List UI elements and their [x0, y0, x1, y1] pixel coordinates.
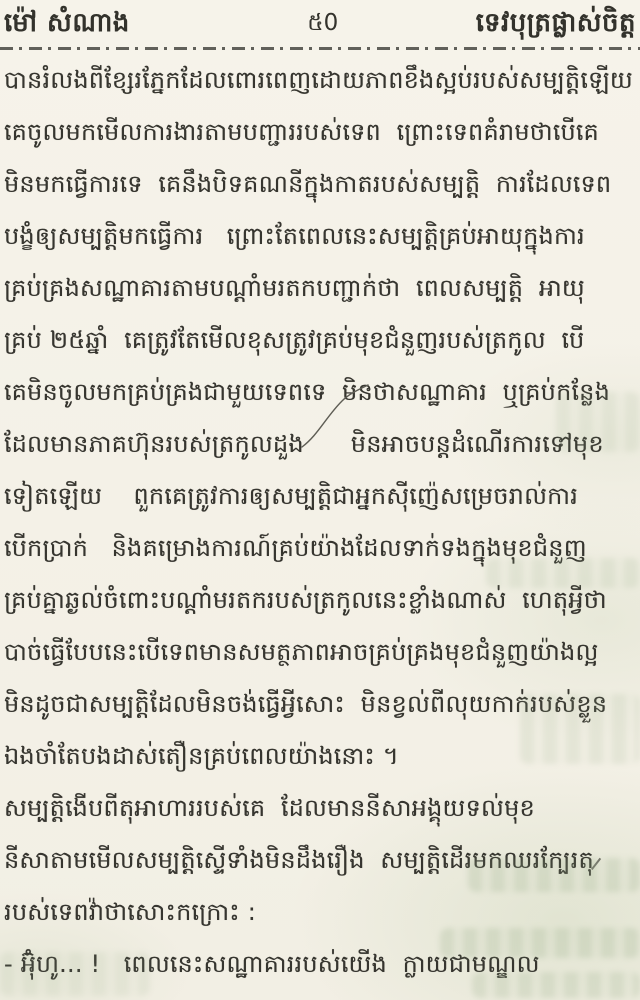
text-line: ដែលមានភាគហ៊ុនរបស់ត្រកូលដួង មិនអាចបន្តដំណ… — [4, 420, 638, 472]
text-line: សម្បត្តិងើបពីតុអាហាររបស់គេ ដែលមាននីសាអង្… — [4, 784, 638, 836]
text-line: គ្រប់គ្នាឆ្ងល់ចំពោះបណ្ដាំមរតករបស់ត្រកូលន… — [4, 576, 638, 628]
text-line: មិនមកធ្វើការទេ គេនឹងបិទគណនីក្នុងកាតរបស់ស… — [4, 160, 638, 212]
text-line: បង្ខំឲ្យសម្បត្តិមកធ្វើការ ព្រោះតែពេលនេះស… — [4, 212, 638, 264]
scanned-book-page: ម៉ៅ សំណាង ៥0 ទេវបុត្រផ្លាស់ចិត្ត បានរំលង… — [0, 0, 640, 1000]
text-line: គ្រប់គ្រងសណ្ឋាគារតាមបណ្ដាំមរតកបញ្ជាក់ថា … — [4, 264, 638, 316]
header-divider — [0, 47, 640, 50]
text-line: បើកប្រាក់ និងគម្រោងការណ៍គ្រប់យ៉ាងដែលទាក់… — [4, 524, 638, 576]
page-header: ម៉ៅ សំណាង ៥0 ទេវបុត្រផ្លាស់ចិត្ត — [0, 4, 640, 44]
text-line: មិនដូចជាសម្បត្តិដែលមិនចង់ធ្វើអ្វីសោះ មិន… — [4, 680, 638, 732]
author-name: ម៉ៅ សំណាង — [4, 6, 130, 44]
page-number: ៥0 — [307, 6, 338, 42]
text-line: គេមិនចូលមកគ្រប់គ្រងជាមួយទេពទេ មិនថាសណ្ឋា… — [4, 368, 638, 420]
text-line: ទៀតឡើយ ពួកគេត្រូវការឲ្យសម្បត្តិជាអ្នកស៊ី… — [4, 472, 638, 524]
chapter-title: ទេវបុត្រផ្លាស់ចិត្ត — [476, 6, 636, 44]
text-line: ឯងចាំតែបងដាស់តឿនគ្រប់ពេលយ៉ាងនោះ ។ — [4, 732, 638, 784]
paragraph-2: សម្បត្តិងើបពីតុអាហាររបស់គេ ដែលមាននីសាអង្… — [4, 784, 638, 940]
text-line: បានរំលងពីខ្សែរភ្នែកដែលពោរពេញដោយភាពខឹងស្អ… — [4, 56, 638, 108]
text-line: នីសាតាមមើលសម្បត្តិស្ទើទាំងមិនដឹងរឿង សម្ប… — [4, 836, 638, 888]
dialogue-paragraph: - អ៊ុំហូ... ! ពេលនេះសណ្ឋាគាររបស់យើង ក្លា… — [4, 940, 638, 992]
text-line: បាច់ធ្វើបែបនេះបើទេពមានសមត្ថភាពអាចគ្រប់គ្… — [4, 628, 638, 680]
text-line: របស់ទេពវ៉ាថាសោះកក្រោះ : — [4, 888, 638, 940]
text-line: គេចូលមកមើលការងារតាមបញ្ជាររបស់ទេព ព្រោះទេ… — [4, 108, 638, 160]
body-text: បានរំលងពីខ្សែរភ្នែកដែលពោរពេញដោយភាពខឹងស្អ… — [0, 56, 640, 992]
dialogue-line: - អ៊ុំហូ... ! ពេលនេះសណ្ឋាគាររបស់យើង ក្លា… — [4, 940, 638, 992]
paragraph-1: បានរំលងពីខ្សែរភ្នែកដែលពោរពេញដោយភាពខឹងស្អ… — [4, 56, 638, 784]
text-line: គ្រប់ ២៥ឆ្នាំ គេត្រូវតែមើលខុសត្រូវគ្រប់ម… — [4, 316, 638, 368]
